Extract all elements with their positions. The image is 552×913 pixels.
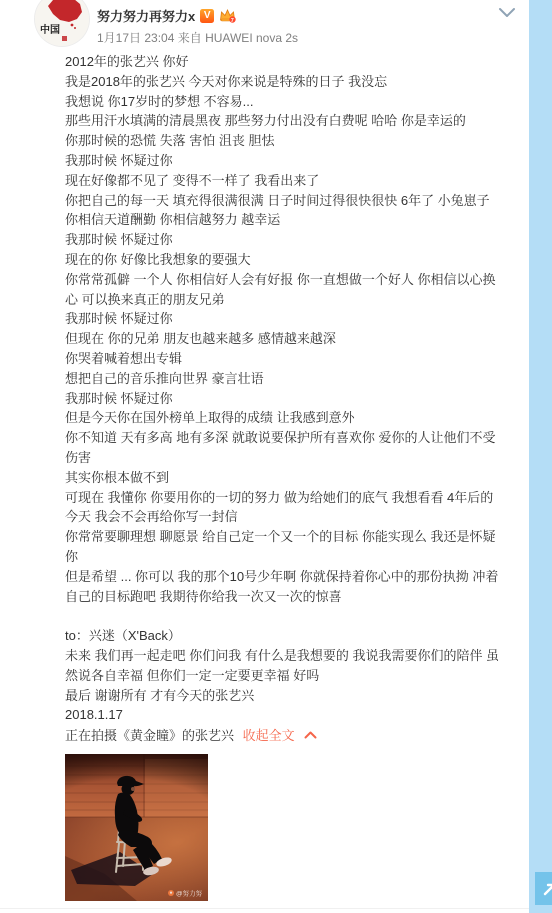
post-text-line: 2018.1.17 (65, 705, 505, 725)
post-content: 2012年的张艺兴 你好我是2018年的张艺兴 今天对你来说是特殊的日子 我没忘… (65, 52, 505, 901)
post-source-device[interactable]: HUAWEI nova 2s (205, 31, 298, 45)
post-text-line: 可现在 我懂你 你要用你的一切的努力 做为给她们的底气 我想看看 4年后的今天 … (65, 488, 505, 528)
post-text-line: 我那时候 怀疑过你 (65, 309, 505, 329)
vip-crown-icon: 7 (219, 8, 236, 23)
post-last-line: 正在拍摄《黄金瞳》的张艺兴 收起全文 (65, 725, 505, 746)
post-text-line: 想把自己的音乐推向世界 豪言壮语 (65, 369, 505, 389)
post-text-line: 那些用汗水填满的清晨黑夜 那些努力付出没有白费呢 哈哈 你是幸运的 (65, 111, 505, 131)
post-text-line: 现在的你 好像比我想象的要强大 (65, 250, 505, 270)
post-text-line: 2012年的张艺兴 你好 (65, 52, 505, 72)
post-text-line: 我那时候 怀疑过你 (65, 389, 505, 409)
china-map-avatar-image: 中国 (35, 0, 89, 46)
svg-text:中国: 中国 (40, 23, 60, 36)
source-prefix: 来自 (178, 31, 202, 45)
post-text-line: 我那时候 怀疑过你 (65, 151, 505, 171)
post-bottom-divider (0, 908, 529, 909)
post-text-line: 我那时候 怀疑过你 (65, 230, 505, 250)
post-text-line: 你哭着喊着想出专辑 (65, 349, 505, 369)
post-text-line (65, 606, 505, 626)
svg-text:7: 7 (231, 18, 234, 23)
post-text-line: 但是今天你在国外榜单上取得的成绩 让我感到意外 (65, 408, 505, 428)
post-text-line: 但是希望 ... 你可以 我的那个10号少年啊 你就保持着你心中的那份执拗 冲着… (65, 567, 505, 607)
post-last-line-text: 正在拍摄《黄金瞳》的张艺兴 (65, 728, 234, 743)
chevron-up-icon[interactable] (304, 725, 317, 745)
post-text-line: 我想说 你17岁时的梦想 不容易... (65, 92, 505, 112)
post-photo[interactable]: @努力努 (65, 754, 208, 901)
post-text-line: 你把自己的每一天 填充得很满很满 日子时间过得很快很快 6年了 小兔崽子 你相信… (65, 191, 505, 231)
user-avatar[interactable]: 中国 (35, 0, 89, 46)
username[interactable]: 努力努力再努力x (97, 6, 195, 25)
post-text: 2012年的张艺兴 你好我是2018年的张艺兴 今天对你来说是特殊的日子 我没忘… (65, 52, 505, 725)
post-text-line: 你那时候的恐慌 失落 害怕 沮丧 胆怯 (65, 131, 505, 151)
timestamp-row: 1月17日 23:04 来自 HUAWEI nova 2s (97, 29, 298, 46)
post-text-line: 你常常孤僻 一个人 你相信好人会有好报 你一直想做一个好人 你相信以心换心 可以… (65, 270, 505, 310)
chevron-down-icon[interactable] (498, 6, 516, 18)
post-text-line: 现在好像都不见了 变得不一样了 我看出来了 (65, 171, 505, 191)
post-text-line: 你常常要聊理想 聊愿景 给自己定一个又一个的目标 你能实现么 我还是怀疑你 (65, 527, 505, 567)
post-text-line: 未来 我们再一起走吧 你们问我 有什么是我想要的 我说我需要你们的陪伴 虽然说各… (65, 646, 505, 686)
post-text-line: 你不知道 天有多高 地有多深 就敢说要保护所有喜欢你 爱你的人让他们不受伤害 (65, 428, 505, 468)
page-side-strip (529, 0, 552, 913)
post-text-line: to：兴迷（X'Back） (65, 626, 505, 646)
arrow-up-right-icon (541, 880, 552, 898)
collapse-full-text-link[interactable]: 收起全文 (243, 728, 295, 743)
verified-v-badge: V (200, 9, 214, 23)
svg-text:@努力努: @努力努 (176, 888, 203, 897)
post-text-line: 我是2018年的张艺兴 今天对你来说是特殊的日子 我没忘 (65, 72, 505, 92)
post-text-line: 其实你根本做不到 (65, 468, 505, 488)
post-text-line: 但现在 你的兄弟 朋友也越来越多 感情越来越深 (65, 329, 505, 349)
back-to-top-button[interactable] (535, 872, 552, 905)
post-header: 努力努力再努力x V 7 (97, 7, 236, 24)
post-timestamp: 1月17日 23:04 (97, 31, 174, 45)
post-text-line: 最后 谢谢所有 才有今天的张艺兴 (65, 686, 505, 706)
